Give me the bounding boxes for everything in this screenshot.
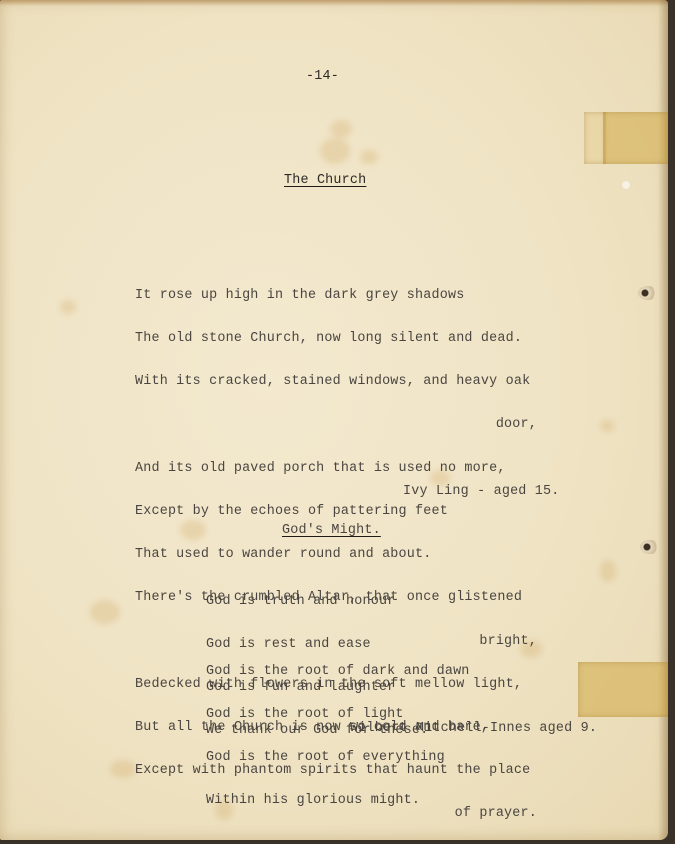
poem-line: The old stone Church, now long silent an… [135,332,537,346]
poem-line: God is the root of dark and dawn [206,665,470,679]
foxing-stain [320,138,350,164]
poem-line: God is truth and honour [206,595,428,609]
foxing-stain [90,600,120,624]
page-number: -14- [306,70,339,84]
staple-icon [640,540,660,554]
poem-title: The Church [284,174,366,188]
tape-strip [603,112,668,164]
poem-title: God's Might. [282,524,381,538]
foxing-stain [330,120,352,138]
page-top-edge [0,0,668,6]
foxing-stain [360,150,378,164]
poem-line: It rose up high in the dark grey shadows [135,289,537,303]
foxing-stain [60,300,76,314]
tape-strip [578,662,668,717]
poem-author: Wilbert Mitchell-Innes aged 9. [350,722,597,736]
poem-line: And its old paved porch that is used no … [135,462,537,476]
poem-stanza: God is the root of dark and dawn God is … [206,636,470,838]
poem-line: With its cracked, stained windows, and h… [135,375,537,389]
foxing-stain [110,760,136,778]
poem-author: Ivy Ling - aged 15. [403,485,559,499]
poem-line: door, [135,418,537,432]
typed-page: -14- The Church It rose up high in the d… [0,0,668,840]
foxing-stain [600,560,616,582]
poem-line: Except by the echoes of pattering feet [135,505,537,519]
staple-icon [638,286,658,300]
punch-hole [620,180,632,190]
poem-line: That used to wander round and about. [135,548,537,562]
poem-line: God is the root of everything [206,751,470,765]
poem-line: Within his glorious might. [206,794,470,808]
foxing-stain [600,420,614,432]
